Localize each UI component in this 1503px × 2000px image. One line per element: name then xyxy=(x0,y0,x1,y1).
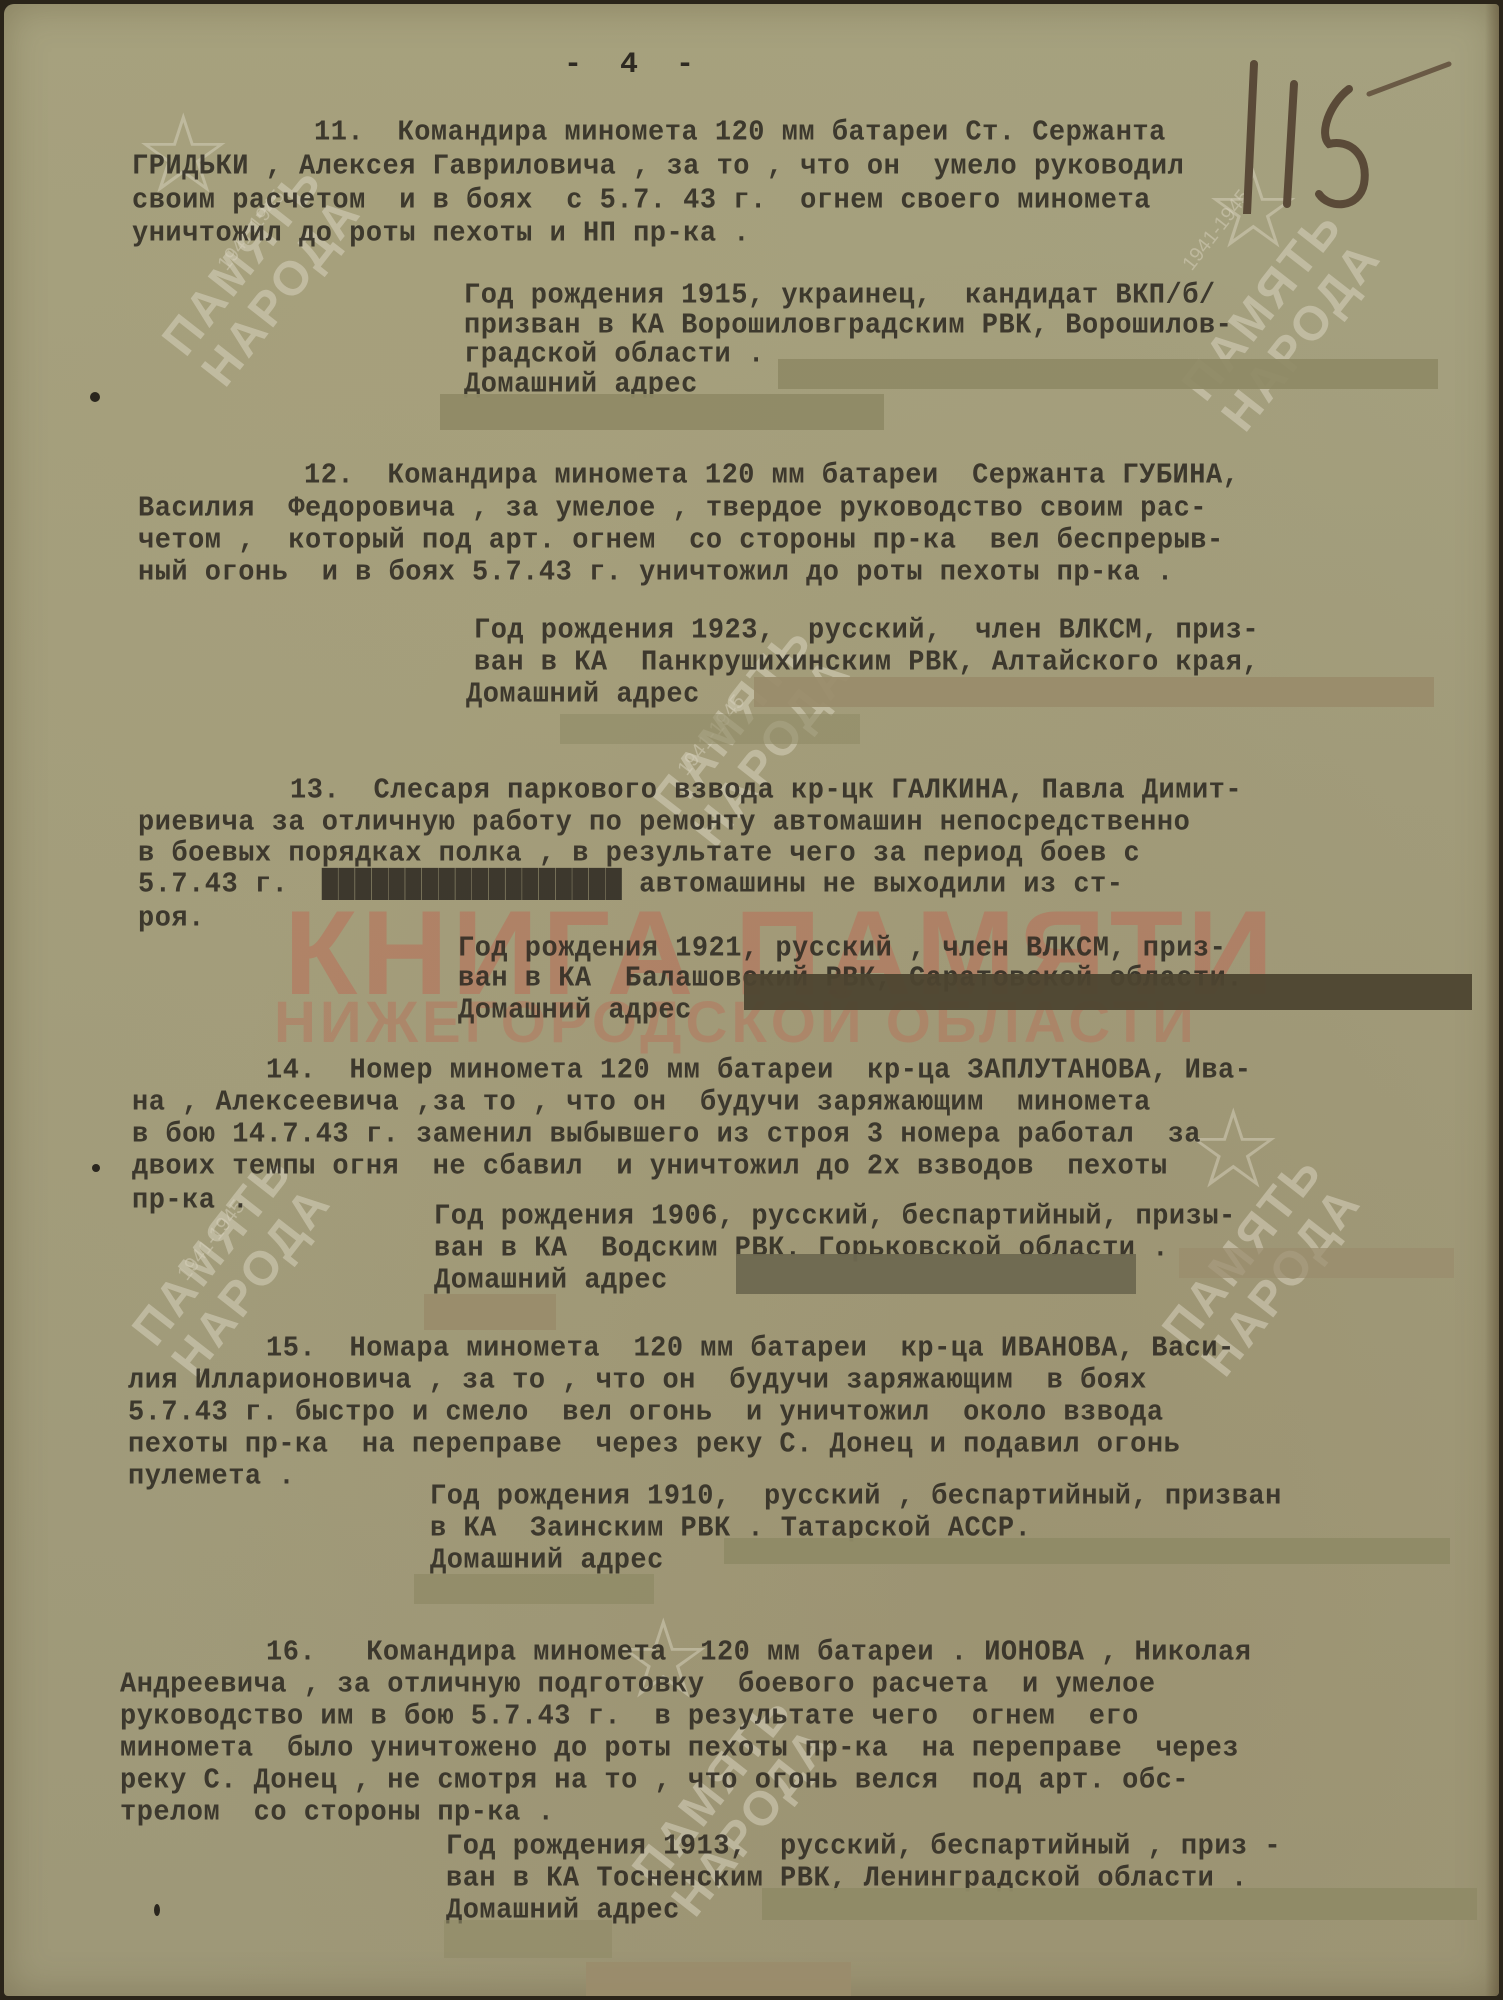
entry-14-line: 14. Номер миномета 120 мм батареи кр-ца … xyxy=(266,1053,1251,1089)
entry-12-line: ный огонь и в боях 5.7.43 г. уничтожил д… xyxy=(138,555,1174,591)
entry-13-line: 5.7.43 г. ██████████████████ автомашины … xyxy=(138,867,1123,903)
entry-12-address-label: Домашний адрес xyxy=(466,677,700,713)
handwritten-number-mark xyxy=(1219,44,1459,214)
entry-13-line: роя. xyxy=(138,901,205,937)
entry-13-line: 13. Слесаря паркового взвода кр-цк ГАЛКИ… xyxy=(290,773,1242,809)
entry-14-line: пр-ка . xyxy=(132,1183,249,1219)
entry-15-line: пулемета . xyxy=(128,1459,295,1495)
entry-16-line: руководство им в бою 5.7.43 г. в результ… xyxy=(120,1699,1139,1735)
paper-speck xyxy=(154,1904,160,1916)
entry-16-line: 16. Командира миномета 120 мм батареи . … xyxy=(266,1635,1251,1671)
entry-12-line: 12. Командира миномета 120 мм батареи Се… xyxy=(304,458,1239,494)
entry-11-line: ГРИДЬКИ , Алексея Гавриловича , за то , … xyxy=(132,149,1184,185)
paper-speck xyxy=(90,392,100,402)
entry-14-line: в бою 14.7.43 г. заменил выбывшего из ст… xyxy=(132,1117,1201,1153)
redacted-address xyxy=(754,677,1434,707)
entry-16-line: Андреевича , за отличную подготовку боев… xyxy=(120,1667,1156,1703)
entry-12-line: четом , который под арт. огнем со сторон… xyxy=(138,523,1224,559)
entry-14-bio: Год рождения 1906, русский, беспартийный… xyxy=(434,1199,1236,1235)
entry-11-line: своим расчетом и в боях с 5.7. 43 г. огн… xyxy=(132,183,1151,219)
document-page: КНИГА ПАМЯТИ НИЖЕГОРОДСКОЙ ОБЛАСТИ ☆ ПАМ… xyxy=(4,4,1499,1996)
entry-15-line: лия Илларионовича , за то , что он будуч… xyxy=(128,1363,1147,1399)
entry-13-address-label: Домашний адрес xyxy=(458,993,692,1029)
redacted-address xyxy=(736,1254,1136,1294)
entry-11-line: 11. Командира миномета 120 мм батареи Ст… xyxy=(314,115,1166,151)
page-number: - 4 - xyxy=(564,48,704,82)
redacted-address xyxy=(778,359,1438,389)
entry-12-bio: Год рождения 1923, русский, член ВЛКСМ, … xyxy=(474,613,1259,649)
redacted-address xyxy=(444,1920,612,1958)
entry-16-line: реку С. Донец , не смотря на то , что ог… xyxy=(120,1763,1189,1799)
entry-14-line: на , Алексеевича ,за то , что он будучи … xyxy=(132,1085,1151,1121)
redacted-address xyxy=(762,1888,1477,1920)
entry-16-bio: Год рождения 1913, русский, беспартийный… xyxy=(446,1829,1281,1865)
redacted-address xyxy=(440,394,884,430)
paper-speck xyxy=(92,1164,100,1172)
entry-12-bio: ван в КА Панкрушихинским РВК, Алтайского… xyxy=(474,645,1259,681)
entry-15-bio: Год рождения 1910, русский , беспартийны… xyxy=(430,1479,1282,1515)
entry-11-line: уничтожил до роты пехоты и НП пр-ка . xyxy=(132,216,750,252)
redacted-address xyxy=(560,714,860,744)
entry-12-line: Василия Федоровича , за умелое , твердое… xyxy=(138,491,1207,527)
redacted-address xyxy=(424,1294,556,1330)
entry-15-line: пехоты пр-ка на переправе через реку С. … xyxy=(128,1427,1180,1463)
redacted-address xyxy=(414,1574,654,1604)
entry-14-line: двоих темпы огня не сбавил и уничтожил д… xyxy=(132,1149,1168,1185)
redacted-address xyxy=(744,974,1472,1010)
entry-16-line: трелом со стороны пр-ка . xyxy=(120,1795,554,1831)
redacted-address xyxy=(724,1538,1450,1564)
entry-15-line: 5.7.43 г. быстро и смело вел огонь и уни… xyxy=(128,1395,1164,1431)
page-edge-shadow xyxy=(1485,4,1499,1996)
entry-15-line: 15. Номара миномета 120 мм батареи кр-ца… xyxy=(266,1331,1235,1367)
entry-16-line: миномета было уничтожено до роты пехоты … xyxy=(120,1731,1239,1767)
redacted-address xyxy=(1179,1248,1454,1278)
redacted-address xyxy=(586,1962,851,1996)
